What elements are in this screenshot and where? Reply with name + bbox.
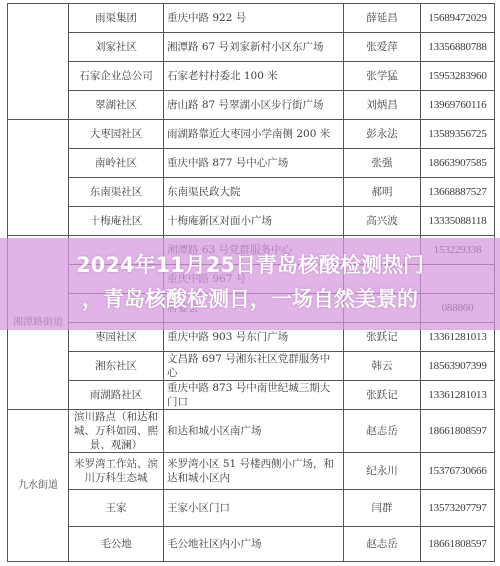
table-row: 东南渠社区 东南渠民政大院 郝明 13668887527 <box>8 178 495 207</box>
headline-line-1: 2024年11月25日青岛核酸检测热门 <box>0 250 500 280</box>
site-cell: 刘家社区 <box>69 33 164 62</box>
site-cell: 米罗湾工作站、滨川万科生态城 <box>69 453 164 490</box>
table-row: 毛公地 毛公地社区内小广场 赵志岳 18661808597 <box>8 527 495 562</box>
contact-cell: 闫群 <box>344 490 421 527</box>
address-cell: 湘潭路 67 号刘家新村小区东广场 <box>164 33 344 62</box>
street-cell <box>8 4 69 120</box>
phone-cell: 15689472029 <box>421 4 495 33</box>
phone-cell: 13356880788 <box>421 33 495 62</box>
street-cell: 九水街道 <box>8 410 69 562</box>
address-cell: 十梅庵新区对面小广场 <box>164 207 344 236</box>
site-cell: 翠湖社区 <box>69 91 164 120</box>
contact-cell: 张强 <box>344 149 421 178</box>
table-row: 湘东社区 文昌路 697 号湘东社区党群服务中心 韩云 18563907399 <box>8 352 495 381</box>
address-cell: 石家老村村委北 100 米 <box>164 62 344 91</box>
address-cell: 雨湖路靠近大枣园小学南侧 200 米 <box>164 120 344 149</box>
contact-cell: 韩云 <box>344 352 421 381</box>
contact-cell: 张爱萍 <box>344 33 421 62</box>
table-row: 雨渠集团 重庆中路 922 号 薛延昌 15689472029 <box>8 4 495 33</box>
table-row: 大枣园社区 雨湖路靠近大枣园小学南侧 200 米 彭永法 13589356725 <box>8 120 495 149</box>
table-row: 雨湖路社区 重庆中路 873 号中南世纪城三期大门口 张跃记 133612810… <box>8 381 495 410</box>
table-row: 石家企业总公司 石家老村村委北 100 米 张学猛 15953283960 <box>8 62 495 91</box>
table-row: 九水街道 滨川路点（和达和城、万科如园、熙景、观澜） 和达和城小区南广场 赵志岳… <box>8 410 495 453</box>
address-cell: 重庆中路 877 号中心广场 <box>164 149 344 178</box>
phone-cell: 18563907399 <box>421 352 495 381</box>
table-row: 刘家社区 湘潭路 67 号刘家新村小区东广场 张爱萍 13356880788 <box>8 33 495 62</box>
site-cell: 湘东社区 <box>69 352 164 381</box>
phone-cell: 15953283960 <box>421 62 495 91</box>
phone-cell: 18661808597 <box>421 527 495 562</box>
site-cell: 雨渠集团 <box>69 4 164 33</box>
contact-cell: 薛延昌 <box>344 4 421 33</box>
contact-cell: 高兴波 <box>344 207 421 236</box>
contact-cell: 赵志岳 <box>344 527 421 562</box>
phone-cell: 18663907585 <box>421 149 495 178</box>
phone-cell: 13573207797 <box>421 490 495 527</box>
address-cell: 唐山路 87 号翠湖小区步行街广场 <box>164 91 344 120</box>
contact-cell: 郝明 <box>344 178 421 207</box>
site-cell: 雨湖路社区 <box>69 381 164 410</box>
contact-cell: 彭永法 <box>344 120 421 149</box>
contact-cell: 赵志岳 <box>344 410 421 453</box>
table-row: 米罗湾工作站、滨川万科生态城 米罗湾小区 51 号楼西侧小广场，和达和城小区内 … <box>8 453 495 490</box>
site-cell: 东南渠社区 <box>69 178 164 207</box>
site-cell: 大枣园社区 <box>69 120 164 149</box>
address-cell: 重庆中路 922 号 <box>164 4 344 33</box>
table-row: 王家 王家小区门口 闫群 13573207797 <box>8 490 495 527</box>
phone-cell: 13969760116 <box>421 91 495 120</box>
contact-cell: 刘炳昌 <box>344 91 421 120</box>
contact-cell: 纪永川 <box>344 453 421 490</box>
site-cell: 滨川路点（和达和城、万科如园、熙景、观澜） <box>69 410 164 453</box>
phone-cell: 13668887527 <box>421 178 495 207</box>
headline-banner: 2024年11月25日青岛核酸检测热门 ，青岛核酸检测日，一场自然美景的 <box>0 238 500 330</box>
table-row: 南岭社区 重庆中路 877 号中心广场 张强 18663907585 <box>8 149 495 178</box>
address-cell: 王家小区门口 <box>164 490 344 527</box>
address-cell: 重庆中路 873 号中南世纪城三期大门口 <box>164 381 344 410</box>
phone-cell: 15376730666 <box>421 453 495 490</box>
address-cell: 毛公地社区内小广场 <box>164 527 344 562</box>
headline-line-2: ，青岛核酸检测日，一场自然美景的 <box>0 284 500 314</box>
site-cell: 十梅庵社区 <box>69 207 164 236</box>
site-cell: 南岭社区 <box>69 149 164 178</box>
phone-cell: 13335088118 <box>421 207 495 236</box>
address-cell: 米罗湾小区 51 号楼西侧小广场，和达和城小区内 <box>164 453 344 490</box>
contact-cell: 张学猛 <box>344 62 421 91</box>
site-cell: 王家 <box>69 490 164 527</box>
address-cell: 东南渠民政大院 <box>164 178 344 207</box>
street-cell <box>8 120 69 236</box>
table-row: 十梅庵社区 十梅庵新区对面小广场 高兴波 13335088118 <box>8 207 495 236</box>
address-cell: 文昌路 697 号湘东社区党群服务中心 <box>164 352 344 381</box>
site-cell: 毛公地 <box>69 527 164 562</box>
contact-cell: 张跃记 <box>344 381 421 410</box>
phone-cell: 13361281013 <box>421 381 495 410</box>
phone-cell: 13589356725 <box>421 120 495 149</box>
table-row: 翠湖社区 唐山路 87 号翠湖小区步行街广场 刘炳昌 13969760116 <box>8 91 495 120</box>
address-cell: 和达和城小区南广场 <box>164 410 344 453</box>
site-cell: 石家企业总公司 <box>69 62 164 91</box>
phone-cell: 18661808597 <box>421 410 495 453</box>
